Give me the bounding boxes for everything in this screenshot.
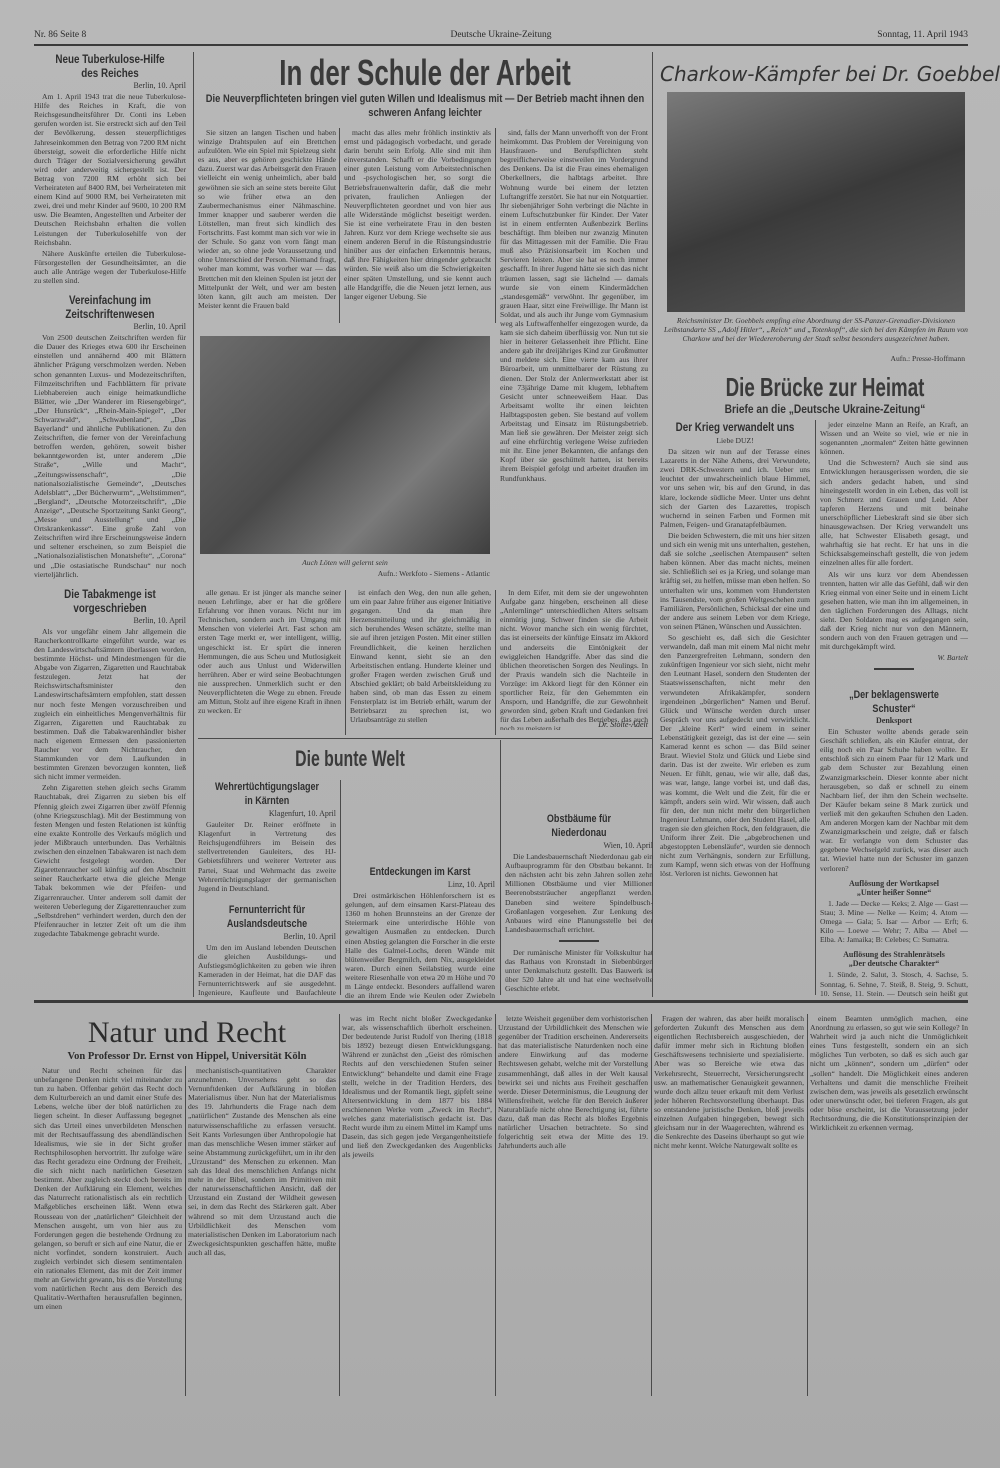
item-headline: Obstbäume für Niederdonau: [518, 812, 639, 840]
article-tuberculosis: Neue Tuberkulose-Hilfe des Reiches Berli…: [34, 52, 186, 285]
paragraph: Der rumänische Minister für Volkskultur …: [505, 948, 653, 993]
column-divider: [495, 590, 496, 735]
paragraph: Nähere Auskünfte erteilen die Tuberkulos…: [34, 249, 186, 285]
paragraph: Die Landesbauernschaft Niederdonau gab e…: [505, 852, 653, 934]
paragraph: So geschieht es, daß sich die Gesichter …: [660, 633, 810, 879]
photo-caption: Auch Löten will gelernt sein: [200, 558, 490, 567]
paragraph: was im Recht nicht bloßer Zweckgedanke w…: [342, 1014, 492, 1160]
solution-title: Auflösung der Wortkapsel: [820, 879, 968, 888]
paragraph: ist einfach den Weg, den nun alle gehen,…: [350, 588, 491, 724]
soldering-photo: [200, 336, 490, 554]
puzzle-section: „Der beklagenswerte Schuster“ Denksport …: [820, 688, 968, 998]
section-divider: [34, 1000, 968, 1003]
dateline: Klagenfurt, 10. April: [198, 809, 336, 818]
news-photo: [667, 92, 965, 312]
column-divider: [340, 780, 341, 995]
salutation: Liebe DUZ!: [660, 436, 810, 445]
bunte-welt-column-3: Obstbäume für Niederdonau Wien, 10. Apri…: [505, 750, 653, 995]
column-divider: [193, 52, 194, 997]
paragraph: einem Beamten unmöglich machen, eine Ano…: [810, 1014, 968, 1132]
main-column-3: sind, falls der Mann unverhofft von der …: [500, 128, 648, 583]
natur-recht-headline: Natur und Recht: [34, 1016, 340, 1050]
paragraph: alle genau. Er ist jünger als manche sei…: [198, 588, 341, 715]
masthead: Nr. 86 Seite 8 Deutsche Ukraine-Zeitung …: [34, 28, 968, 46]
article-headline: Vereinfachung im Zeitschriftenwesen: [48, 293, 173, 321]
paragraph: jeder einzelne Mann an Reife, an Kraft, …: [820, 420, 968, 456]
article-tobacco: Die Tabakmenge ist vorgeschrieben Berlin…: [34, 587, 186, 938]
paragraph: letzte Weisheit gegenüber dem vorhistori…: [498, 1014, 648, 1150]
paragraph: Fragen der wahren, das aber heißt morali…: [654, 1014, 804, 1150]
main-headline: In der Schule der Arbeit: [263, 52, 587, 94]
photo-caption: Reichsminister Dr. Goebbels empfing eine…: [662, 316, 970, 344]
natur-recht-byline: Von Professor Dr. Ernst von Hippel, Univ…: [34, 1050, 340, 1063]
dateline: Linz, 10. April: [345, 880, 495, 889]
paragraph: Und die Schwestern? Auch sie sind aus En…: [820, 458, 968, 567]
author-signature: Dr. Stolte-Adelt: [500, 720, 648, 729]
item-headline: Entdeckungen im Karst: [359, 865, 482, 879]
dateline: Wien, 10. April: [505, 841, 653, 850]
newspaper-page: Nr. 86 Seite 8 Deutsche Ukraine-Zeitung …: [0, 0, 1000, 1468]
article-headline: Neue Tuberkulose-Hilfe des Reiches: [48, 52, 173, 80]
column-divider: [345, 590, 346, 735]
main-column-1: Sie sitzen an langen Tischen und haben w…: [198, 128, 336, 323]
dateline: Berlin, 10. April: [34, 322, 186, 331]
main-column-2: macht das alles mehr fröhlich instinktiv…: [344, 128, 491, 323]
solution-subtitle: „Unter heißer Sonne“: [820, 888, 968, 897]
column-divider: [339, 128, 340, 323]
paragraph: macht das alles mehr fröhlich instinktiv…: [344, 128, 491, 301]
natur-recht-column-2: mechanistisch-quantitativen Charakter an…: [188, 1066, 336, 1396]
divider: [559, 940, 599, 942]
paper-name: Deutsche Ukraine-Zeitung: [34, 30, 968, 40]
main-subheadline: Die Neuverpflichteten bringen viel guten…: [191, 92, 659, 120]
solution-subtitle: „Der deutsche Charakter“: [820, 959, 968, 968]
main-column-bottom-1: alle genau. Er ist jünger als manche sei…: [198, 588, 341, 736]
paragraph: Am 1. April 1943 trat die neue Tuberkulo…: [34, 92, 186, 247]
item-headline: Wehrertüchtigungslager in Kärnten: [210, 780, 323, 808]
section-divider: [198, 738, 653, 739]
paragraph: Als vor ungefähr einem Jahr allgemein di…: [34, 627, 186, 782]
natur-recht-column-6: einem Beamten unmöglich machen, eine Ano…: [810, 1014, 968, 1396]
dateline: Berlin, 10. April: [198, 932, 336, 941]
bunte-welt-column-1: Wehrertüchtigungslager in Kärnten Klagen…: [198, 780, 336, 998]
column-divider: [807, 1014, 808, 1396]
photo-credit: Aufn.: Werkfoto - Siemens - Atlantic: [200, 569, 490, 578]
paragraph: Da sitzen wir nun auf der Terasse eines …: [660, 447, 810, 529]
letter-title: Der Krieg verwandelt uns: [674, 420, 797, 434]
main-column-bottom-2: ist einfach den Weg, den nun alle gehen,…: [350, 588, 491, 736]
item-headline: Fernunterricht für Auslandsdeutsche: [210, 903, 323, 931]
natur-recht-column-5: Fragen der wahren, das aber heißt morali…: [654, 1014, 804, 1396]
bunte-welt-column-2: Entdeckungen im Karst Linz, 10. April Dr…: [345, 783, 495, 998]
column-divider: [500, 740, 501, 995]
main-column-bottom-3: In dem Eifer, mit dem sie der ungewohnte…: [500, 588, 648, 730]
letter-column-2: jeder einzelne Mann an Reife, an Kraft, …: [820, 420, 968, 680]
column-divider: [185, 1066, 186, 1396]
natur-recht-column-4: letzte Weisheit gegenüber dem vorhistori…: [498, 1014, 648, 1396]
puzzle-title: „Der beklagenswerte Schuster“: [833, 688, 954, 716]
column-divider: [495, 128, 496, 323]
natur-recht-column-1: Natur und Recht scheinen für das unbefan…: [34, 1066, 182, 1396]
paragraph: Die beiden Schwestern, die mit uns hier …: [660, 531, 810, 631]
paragraph: In dem Eifer, mit dem sie der ungewohnte…: [500, 588, 648, 730]
paragraph: sind, falls der Mann unverhofft von der …: [500, 128, 648, 483]
left-column: Neue Tuberkulose-Hilfe des Reiches Berli…: [34, 52, 186, 997]
paragraph: Drei ostmärkischen Höhlenforschern ist e…: [345, 891, 495, 998]
puzzle-subtitle: Denksport: [820, 716, 968, 725]
bridge-subheadline: Briefe an die „Deutsche Ukraine-Zeitung“: [681, 402, 970, 416]
paragraph: Als wir uns kurz vor dem Abendessen tren…: [820, 570, 968, 652]
solution-text: 1. Jade — Decke — Keks; 2. Alge — Gast —…: [820, 899, 968, 944]
bridge-headline: Die Brücke zur Heimat: [706, 372, 944, 402]
goebbels-headline: Charkow-Kämpfer bei Dr. Goebbels: [660, 62, 1000, 86]
photo-credit: Aufn.: Presse-Hoffmann: [662, 354, 965, 363]
issue-date: Sonntag, 11. April 1943: [877, 30, 968, 40]
paragraph: Um den im Ausland lebenden Deutschen die…: [198, 943, 336, 998]
solution-title: Auflösung des Strahlenrätsels: [820, 950, 968, 959]
article-magazines: Vereinfachung im Zeitschriftenwesen Berl…: [34, 293, 186, 579]
puzzle-text: Ein Schuster wollte abends gerade sein G…: [820, 727, 968, 873]
column-divider: [651, 1014, 652, 1396]
paragraph: Natur und Recht scheinen für das unbefan…: [34, 1066, 182, 1312]
column-divider: [815, 420, 816, 995]
paragraph: Von 2500 deutschen Zeitschriften werden …: [34, 333, 186, 579]
article-headline: Die Tabakmenge ist vorgeschrieben: [48, 587, 173, 615]
dateline: Berlin, 10. April: [34, 81, 186, 90]
author-signature: W. Bartelt: [820, 653, 968, 662]
paragraph: Zehn Zigaretten stehen gleich sechs Gram…: [34, 783, 186, 938]
paragraph: Gauleiter Dr. Reiner eröffnete in Klagen…: [198, 820, 336, 893]
letter-column-1: Der Krieg verwandelt uns Liebe DUZ! Da s…: [660, 420, 810, 997]
solution-text: 1. Sünde, 2. Salut, 3. Stosch, 4. Sachse…: [820, 970, 968, 998]
column-divider: [495, 1014, 496, 1396]
dateline: Berlin, 10. April: [34, 616, 186, 625]
paragraph: Sie sitzen an langen Tischen und haben w…: [198, 128, 336, 310]
paragraph: mechanistisch-quantitativen Charakter an…: [188, 1066, 336, 1257]
natur-recht-column-3: was im Recht nicht bloßer Zweckgedanke w…: [342, 1014, 492, 1396]
bunte-welt-headline: Die bunte Welt: [242, 746, 458, 772]
column-divider: [339, 1014, 340, 1396]
divider: [874, 668, 914, 670]
